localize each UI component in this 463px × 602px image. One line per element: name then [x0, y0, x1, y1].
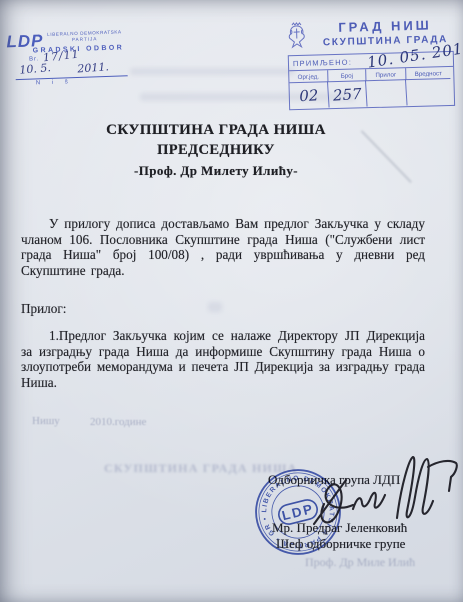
val-value: [406, 78, 452, 107]
addressee-block: СКУПШТИНА ГРАДА НИША ПРЕДСЕДНИКУ -Проф. …: [0, 122, 432, 179]
city-name: ГРАД НИШ: [311, 17, 459, 36]
city-receiving-stamp: ГРАД НИШ СКУПШТИНА ГРАДА ПРИМЉЕНО: 10. 0…: [287, 17, 461, 110]
coat-of-arms-icon: [287, 21, 307, 48]
val-number: 257: [328, 81, 368, 109]
received-table: ПРИМЉЕНО: 10. 05. 2011 Орг.јед. Број При…: [288, 51, 455, 110]
bleed-year: 2010.године: [90, 416, 146, 428]
bleed-smudge: [130, 68, 295, 75]
president-name: -Проф. Др Милету Илићу-: [0, 163, 432, 179]
president-title: ПРЕДСЕДНИКУ: [0, 142, 432, 159]
bleed-place: Нишу: [32, 415, 60, 427]
signer-role: Шеф одборничке групе: [276, 536, 405, 552]
assembly-title: СКУПШТИНА ГРАДА НИША: [0, 122, 432, 139]
attachment-paragraph: 1.Предлог Закључка којим се налаже Дирек…: [21, 328, 425, 390]
handwritten-year: 2011.: [77, 60, 109, 75]
val-org-unit: 02: [289, 82, 330, 110]
scanned-letter-page: LDP LIBERALNO DEMOKRATSKA PARTIJA GRADSK…: [0, 0, 463, 602]
signer-name: Мр. Предраг Јеленковић: [272, 520, 407, 536]
val-attachment: [366, 79, 408, 107]
handwritten-date: 10. 5.: [19, 61, 52, 77]
body-paragraph: У прилогу дописа достављамо Вам предлог …: [21, 216, 425, 278]
bleed-president-name: Проф. Др Миле Илић: [305, 555, 415, 570]
attachment-label: Прилог:: [21, 301, 66, 317]
ldp-party-stamp: LDP LIBERALNO DEMOKRATSKA PARTIJA GRADSK…: [6, 29, 146, 88]
bleed-smudge: [208, 302, 222, 312]
